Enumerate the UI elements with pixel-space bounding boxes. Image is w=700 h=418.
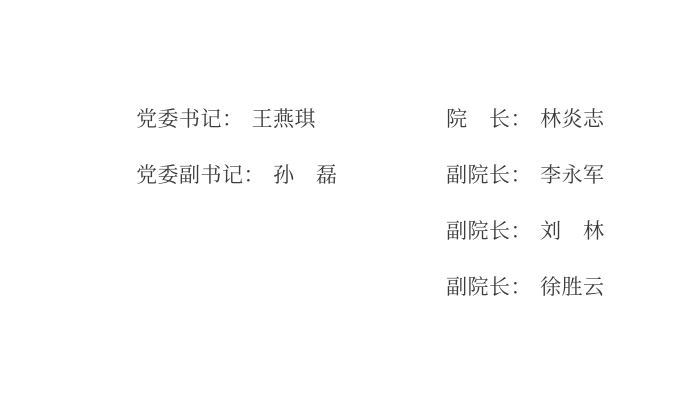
position-title: 院 长： xyxy=(446,107,532,131)
person-name: 林炎志 xyxy=(540,107,605,131)
position-title: 副院长： xyxy=(446,275,532,299)
person-name: 徐胜云 xyxy=(540,275,605,299)
leadership-entry: 副院长：徐胜云 xyxy=(403,251,605,275)
document-page: 党委书记：王燕琪 党委副书记：孙 磊 院 长：林炎志 副院长：李永军 副院长：刘… xyxy=(0,0,700,418)
leadership-entry: 党委书记：王燕琪 xyxy=(93,83,338,107)
party-positions-column: 党委书记：王燕琪 党委副书记：孙 磊 xyxy=(93,83,338,195)
leadership-entry: 党委副书记：孙 磊 xyxy=(93,139,338,163)
position-title: 副院长： xyxy=(446,219,532,243)
admin-positions-column: 院 长：林炎志 副院长：李永军 副院长：刘 林 副院长：徐胜云 xyxy=(403,83,605,307)
person-name: 刘 林 xyxy=(540,219,605,243)
person-name: 李永军 xyxy=(540,163,605,187)
person-name: 王燕琪 xyxy=(252,107,317,131)
leadership-entry: 副院长：李永军 xyxy=(403,139,605,163)
person-name: 孙 磊 xyxy=(273,163,338,187)
leadership-entry: 副院长：刘 林 xyxy=(403,195,605,219)
position-title: 党委副书记： xyxy=(136,163,265,187)
position-title: 副院长： xyxy=(446,163,532,187)
leadership-entry: 院 长：林炎志 xyxy=(403,83,605,107)
position-title: 党委书记： xyxy=(136,107,244,131)
